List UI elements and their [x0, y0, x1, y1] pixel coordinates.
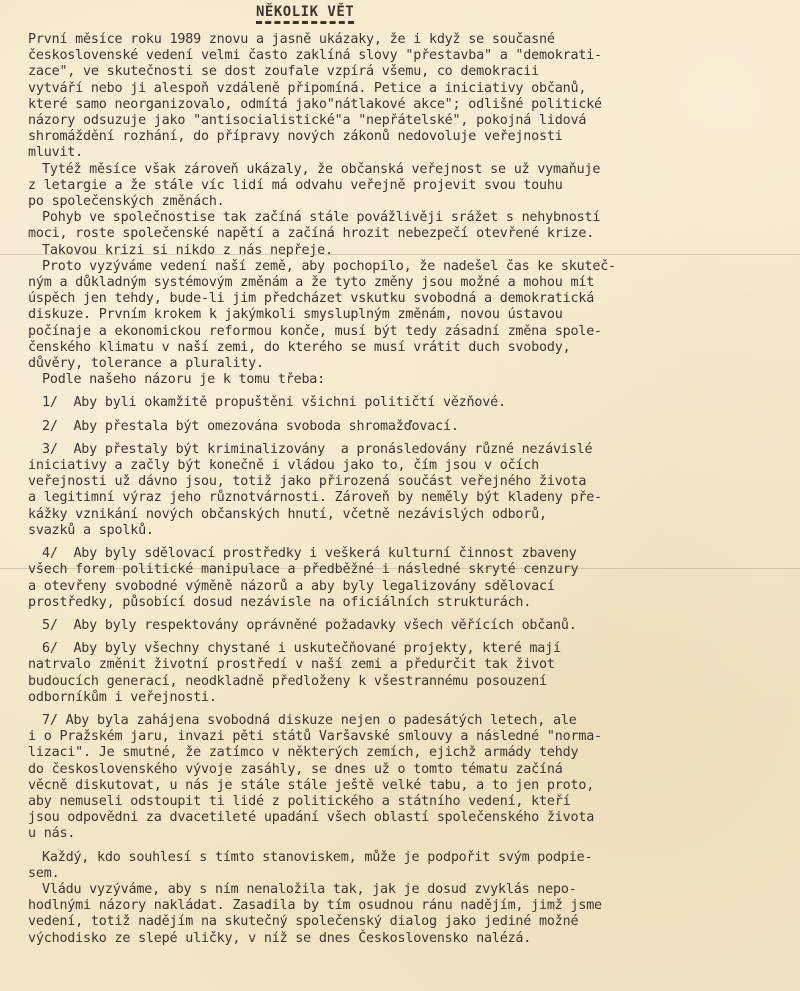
- document-body: První měsíce roku 1989 znovu a jasně uká…: [28, 32, 798, 947]
- list-item: 3/ Aby přestaly být kriminalizovány a pr…: [28, 442, 798, 539]
- text-line: Každý, kdo souhlesí s tímto stanoviskem,…: [28, 850, 798, 866]
- text-line: i o Pražském jaru, invazi pěti států Var…: [28, 729, 798, 745]
- list-item: Každý, kdo souhlesí s tímto stanoviskem,…: [28, 850, 798, 882]
- text-line: prostředky, působící dosud nezávisle na …: [28, 595, 798, 611]
- text-line: Pohyb ve společnostise tak začíná stále …: [28, 210, 798, 226]
- text-line: ným a důkladným systémovým změnám a že t…: [28, 275, 798, 291]
- text-line: které samo neorganizovalo, odmítá jako"n…: [28, 97, 798, 113]
- text-line: 2/ Aby přestala být omezována svoboda sh…: [28, 419, 798, 435]
- text-line: 6/ Aby byly všechny chystané i uskutečňo…: [28, 641, 798, 657]
- paragraph: Proto vyzýváme vedení naší země, aby poc…: [28, 259, 798, 372]
- text-line: 3/ Aby přestaly být kriminalizovány a pr…: [28, 442, 798, 458]
- text-line: 7/ Aby byla zahájena svobodná diskuze ne…: [28, 713, 798, 729]
- text-line: u nás.: [28, 826, 798, 842]
- document-page: NĚKOLIK VĚT První měsíce roku 1989 znovu…: [0, 0, 800, 991]
- text-line: moci, roste společenské napětí a začíná …: [28, 226, 798, 242]
- text-line: vedení, totiž nadějím na skutečný společ…: [28, 914, 798, 930]
- text-line: věcně diskutovat, u nás je stále stále j…: [28, 778, 798, 794]
- text-line: hodlnými názory nakládat. Zasadila by tí…: [28, 898, 798, 914]
- text-line: odborníkům i veřejnosti.: [28, 690, 798, 706]
- text-line: sem.: [28, 866, 798, 882]
- text-line: čenského klimatu v naší zemi, do kterého…: [28, 340, 798, 356]
- text-line: Vládu vyzýváme, aby s ním nenaložila tak…: [28, 882, 798, 898]
- text-line: Takovou krizi si nikdo z nás nepřeje.: [28, 243, 798, 259]
- paragraph: Tytéž měsíce však zároveň ukázaly, že ob…: [28, 162, 798, 211]
- text-line: shromáždění rozhání, do přípravy nových …: [28, 129, 798, 145]
- text-line: názory odsuzuje jako "antisocialistické"…: [28, 113, 798, 129]
- text-line: 1/ Aby byli okamžitě propuštěni všichni …: [28, 395, 798, 411]
- text-line: československé vedení velmi často zaklín…: [28, 48, 798, 64]
- text-line: Podle našeho názoru je k tomu třeba:: [28, 372, 798, 388]
- list-item: 5/ Aby byly respektovány oprávněné požad…: [28, 618, 798, 634]
- paragraph: Pohyb ve společnostise tak začíná stále …: [28, 210, 798, 242]
- text-line: natrvalo změnit životní prostředí v naší…: [28, 657, 798, 673]
- list-item: 1/ Aby byli okamžitě propuštěni všichni …: [28, 395, 798, 411]
- text-line: po společenských změnách.: [28, 194, 798, 210]
- paragraph: Podle našeho názoru je k tomu třeba:: [28, 372, 798, 388]
- list-item: 7/ Aby byla zahájena svobodná diskuze ne…: [28, 713, 798, 843]
- text-line: 4/ Aby byly sdělovací prostředky i veške…: [28, 546, 798, 562]
- text-line: východisko ze slepé uličky, v níž se dne…: [28, 931, 798, 947]
- text-line: 5/ Aby byly respektovány oprávněné požad…: [28, 618, 798, 634]
- text-line: budoucích generací, neodkladně předložen…: [28, 674, 798, 690]
- text-line: veřejnosti už dávno jsou, totiž jako při…: [28, 474, 798, 490]
- text-line: a otevřeny svobodné výměně názorů a aby …: [28, 579, 798, 595]
- text-line: kážky vznikání nových občanských hnutí, …: [28, 507, 798, 523]
- list-item: 6/ Aby byly všechny chystané i uskutečňo…: [28, 641, 798, 706]
- text-line: důvěry, tolerance a plurality.: [28, 356, 798, 372]
- paragraph: První měsíce roku 1989 znovu a jasně uká…: [28, 32, 798, 162]
- text-line: Proto vyzýváme vedení naší země, aby poc…: [28, 259, 798, 275]
- text-line: První měsíce roku 1989 znovu a jasně uká…: [28, 32, 798, 48]
- document-title: NĚKOLIK VĚT: [256, 4, 354, 24]
- paragraph: Vládu vyzýváme, aby s ním nenaložila tak…: [28, 882, 798, 947]
- text-line: do československého vývoje zasáhly, se d…: [28, 762, 798, 778]
- text-line: aby nemuseli odstoupit ti lidé z politic…: [28, 794, 798, 810]
- text-line: z letargie a že stále víc lidí má odvahu…: [28, 178, 798, 194]
- list-item: 2/ Aby přestala být omezována svoboda sh…: [28, 419, 798, 435]
- text-line: diskuze. Prvním krokem k jakýmkoli smysl…: [28, 307, 798, 323]
- text-line: vytváří nebo ji alespoň vzdáleně připomí…: [28, 81, 798, 97]
- text-line: iniciativy a začly být konečně i vládou …: [28, 458, 798, 474]
- list-item: 4/ Aby byly sdělovací prostředky i veške…: [28, 546, 798, 611]
- text-line: a legitimní výraz jeho různotvárnosti. Z…: [28, 490, 798, 506]
- text-line: počínaje a ekonomickou reformou konče, m…: [28, 324, 798, 340]
- text-line: lizaci". Je smutné, že zatímco v některý…: [28, 745, 798, 761]
- text-line: jsou odpovědni za dvacetileté upadání vš…: [28, 810, 798, 826]
- text-line: mluvit.: [28, 145, 798, 161]
- text-line: úspěch jen tehdy, bude-li jim předcházet…: [28, 291, 798, 307]
- text-line: zace", ve skutečnosti se dost zoufale vz…: [28, 64, 798, 80]
- text-line: všech forem politické manipulace a předb…: [28, 562, 798, 578]
- text-line: Tytéž měsíce však zároveň ukázaly, že ob…: [28, 162, 798, 178]
- text-line: svazků a spolků.: [28, 523, 798, 539]
- paragraph: Takovou krizi si nikdo z nás nepřeje.: [28, 243, 798, 259]
